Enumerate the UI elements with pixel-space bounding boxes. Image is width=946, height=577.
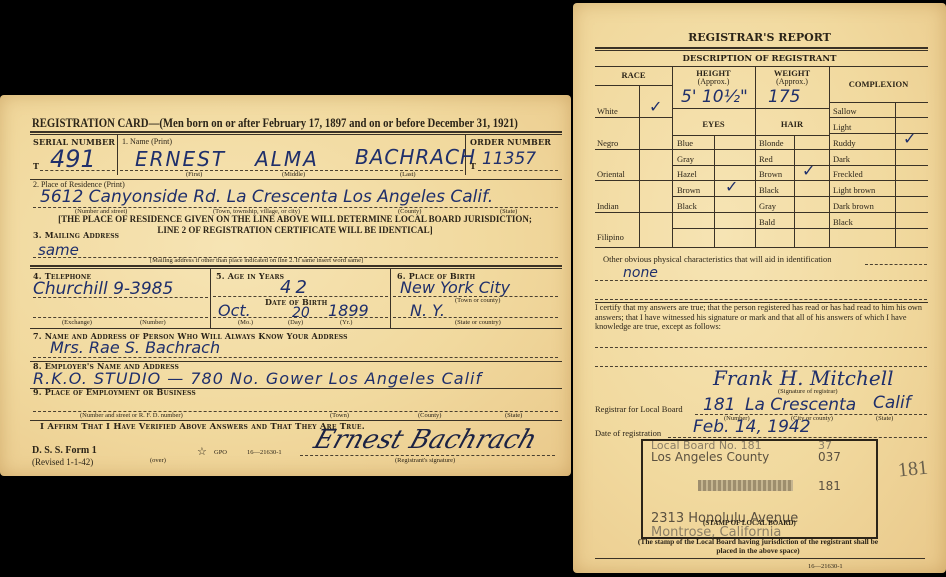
complexion-light: Light [833, 122, 851, 132]
stamp-smudge [698, 480, 793, 491]
complexion-ruddy-check-icon: ✓ [903, 129, 916, 148]
eyes-gray: Gray [677, 154, 694, 164]
margin-number: 181 [897, 456, 929, 482]
registrar-sig-caption: (Signature of registrar) [778, 388, 838, 395]
order-prefix: T [470, 161, 476, 171]
race-header: RACE [595, 70, 672, 80]
caption-mo: (Mo.) [238, 319, 253, 326]
caption-first: (First) [186, 171, 202, 178]
star-icon: ☆ [197, 445, 207, 458]
eyes-brown: Brown [677, 185, 700, 195]
weight-sub: (Approx.) [755, 77, 829, 86]
description-subtitle: DESCRIPTION OF REGISTRANT [573, 54, 946, 64]
order-number-label: ORDER NUMBER [470, 137, 551, 147]
caption-last: (Last) [400, 171, 416, 178]
age-label: 5. Age in Years [216, 271, 284, 281]
employment-place-label: 9. Place of Employment or Business [33, 387, 196, 397]
certify-statement: I certify that my answers are true; that… [595, 303, 928, 332]
name-last: BACHRACH [355, 145, 476, 169]
employer-value: R.K.O. STUDIO — 780 No. Gower Los Angele… [33, 369, 482, 388]
mailing-label: 3. Mailing Address [33, 230, 119, 240]
local-board-state: Calif [873, 393, 911, 413]
residence-note: [THE PLACE OF RESIDENCE GIVEN ON THE LIN… [55, 214, 535, 236]
mailing-caption: [Mailing address if other than place ind… [150, 257, 363, 264]
local-board-number: 181 [703, 395, 735, 415]
local-board-city: La Crescenta [745, 395, 856, 415]
complexion-light-brown: Light brown [833, 185, 875, 195]
complexion-dark-brown: Dark brown [833, 201, 874, 211]
local-board-label: Registrar for Local Board [595, 404, 683, 414]
hair-black: Black [759, 185, 779, 195]
height-value: 5' 10½" [681, 87, 748, 107]
race-oriental: Oriental [597, 169, 625, 179]
registration-card-front: REGISTRATION CARD—(Men born on or after … [0, 95, 571, 476]
caption-middle: (Middle) [282, 171, 305, 178]
caption-county2: (County) [418, 412, 441, 419]
caption-board-state: (State) [876, 415, 893, 422]
caption-rfd: (Number and street or R. F. D. number) [80, 412, 183, 419]
hair-header: HAIR [755, 119, 829, 129]
hair-bald: Bald [759, 217, 775, 227]
form-revised: (Revised 1-1-42) [32, 457, 93, 467]
stamp-caption: (STAMP OF LOCAL BOARD) [703, 519, 796, 527]
over-note: (over) [150, 457, 166, 464]
telephone-value: Churchill 9-3985 [33, 279, 173, 299]
hair-red: Red [759, 154, 773, 164]
birthplace-town: New York City [400, 278, 510, 297]
form-id: D. S. S. Form 1 [32, 445, 97, 456]
serial-prefix: T [33, 161, 39, 171]
residence-value: 5612 Canyonside Rd. La Crescenta Los Ang… [40, 187, 493, 207]
stamp-line2: Los Angeles County [651, 450, 769, 464]
signature-caption: (Registrant's signature) [395, 457, 455, 464]
eyes-header: EYES [672, 119, 755, 129]
eyes-black: Black [677, 201, 697, 211]
serial-number-value: 491 [50, 145, 96, 173]
race-indian: Indian [597, 201, 619, 211]
name-middle: ALMA [255, 147, 319, 171]
registrar-signature: Frank H. Mitchell [713, 366, 894, 390]
complexion-freckled: Freckled [833, 169, 863, 179]
affirm-statement: I Affirm That I Have Verified Above Answ… [40, 422, 365, 432]
name-first: ERNEST [135, 147, 226, 171]
complexion-ruddy: Ruddy [833, 138, 856, 148]
caption-town-county: (Town or county) [455, 297, 500, 304]
caption-day: (Day) [288, 319, 303, 326]
age-value: 42 [280, 277, 311, 298]
card-title: REGISTRATION CARD—(Men born on or after … [32, 116, 518, 131]
local-board-stamp: Local Board No. 181 37 Los Angeles Count… [641, 439, 878, 539]
report-title: REGISTRAR'S REPORT [573, 31, 946, 44]
caption-town2: (Town) [330, 412, 349, 419]
complexion-sallow: Sallow [833, 106, 857, 116]
race-white: White [597, 106, 618, 116]
stamp-line2-code: 037 [818, 450, 841, 464]
registrant-signature: Ernest Bachrach [310, 425, 540, 455]
race-filipino: Filipino [597, 232, 624, 242]
race-negro: Negro [597, 138, 618, 148]
hair-gray: Gray [759, 201, 776, 211]
complexion-dark: Dark [833, 154, 850, 164]
stamp-note: (The stamp of the Local Board having jur… [633, 537, 883, 555]
print-code: 16—21630-1 [247, 449, 282, 456]
eyes-brown-check-icon: ✓ [725, 177, 738, 196]
other-characteristics-value: none [623, 265, 658, 281]
caption-state2: (State) [505, 412, 522, 419]
registration-date-label: Date of registration [595, 428, 661, 438]
race-white-check-icon: ✓ [649, 97, 662, 116]
back-print-code: 16—21630-1 [808, 563, 843, 570]
height-sub: (Approx.) [672, 77, 755, 86]
other-characteristics-label: Other obvious physical characteristics t… [603, 254, 832, 264]
eyes-blue: Blue [677, 138, 693, 148]
hair-brown: Brown [759, 169, 782, 179]
name-label: 1. Name (Print) [122, 137, 172, 146]
contact-value: Mrs. Rae S. Bachrach [50, 338, 220, 357]
caption-yr: (Yr.) [340, 319, 352, 326]
caption-state-country: (State or country) [455, 319, 501, 326]
complexion-header: COMPLEXION [829, 79, 928, 89]
stamp-line3-code: 181 [818, 479, 841, 493]
order-number-value: 11357 [482, 149, 536, 169]
caption-number: (Number) [140, 319, 166, 326]
complexion-black: Black [833, 217, 853, 227]
registration-date-value: Feb. 14, 1942 [693, 417, 811, 437]
registrars-report-back: REGISTRAR'S REPORT DESCRIPTION OF REGIST… [573, 3, 946, 573]
gpo-mark: GPO [214, 449, 227, 456]
caption-exchange: (Exchange) [62, 319, 92, 326]
hair-blonde: Blonde [759, 138, 784, 148]
weight-value: 175 [768, 87, 800, 107]
eyes-hazel: Hazel [677, 169, 697, 179]
hair-brown-check-icon: ✓ [802, 161, 815, 180]
